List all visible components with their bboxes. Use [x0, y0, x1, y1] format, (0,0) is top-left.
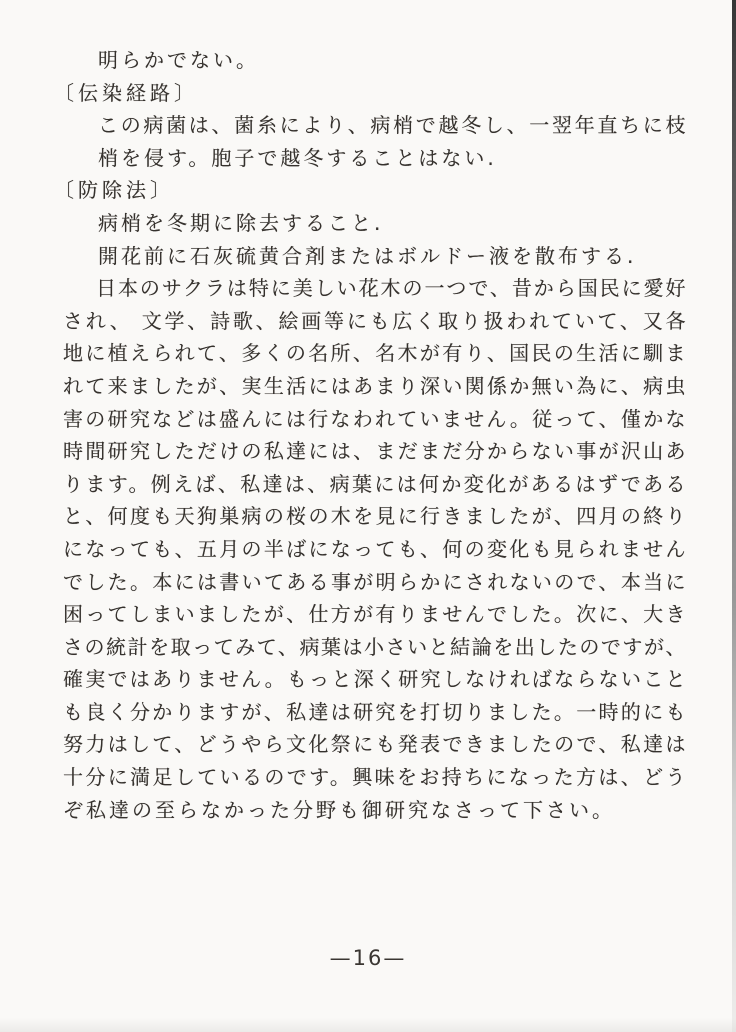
paragraph-line: ります。例えば、私達は、病葉には何か変化があるはずである — [63, 468, 686, 501]
paragraph-line: さの統計を取ってみて、病葉は小さいと結論を出したのですが、 — [63, 631, 686, 664]
text-line: 開花前に石灰硫黄合剤またはボルドー液を散布する. — [98, 240, 736, 273]
paragraph-line: 十分に満足しているのです。興味をお持ちになった方は、どう — [63, 761, 686, 794]
scanned-document-page: 明らかでない。 〔伝染経路〕 この病菌は、菌糸により、病梢で越冬し、一翌年直ちに… — [0, 0, 736, 1032]
paragraph-line: 日本のサクラは特に美しい花木の一つで、昔から国民に愛好 — [63, 272, 686, 305]
paragraph-line: 確実ではありません。もっと深く研究しなければならないこと — [63, 663, 686, 696]
paragraph-line: 地に植えられて、多くの名所、名木が有り、国民の生活に馴ま — [63, 337, 686, 370]
paragraph-line: され、 文学、詩歌、絵画等にも広く取り扱われていて、又各 — [63, 305, 686, 338]
paragraph-line: 害の研究などは盛んには行なわれていません。従って、僅かな — [63, 403, 686, 436]
paragraph-line: でした。本には書いてある事が明らかにされないので、本当に — [63, 566, 686, 599]
text-line: 病梢を冬期に除去すること. — [98, 207, 736, 240]
paragraph-line: になっても、五月の半ばになっても、何の変化も見られません — [63, 533, 686, 566]
page-number: —16— — [0, 946, 736, 970]
text-line: 明らかでない。 — [98, 44, 736, 77]
paragraph-line: 困ってしまいましたが、仕方が有りませんでした。次に、大き — [63, 598, 686, 631]
paragraph-line: も良く分かりますが、私達は研究を打切りました。一時的にも — [63, 696, 686, 729]
section-heading-control-method: 〔防除法〕 — [54, 174, 736, 207]
paragraph-line: 努力はして、どうやら文化祭にも発表できましたので、私達は — [63, 728, 686, 761]
paragraph-line: ぞ私達の至らなかった分野も御研究なさって下さい。 — [63, 794, 686, 827]
text-line: 梢を侵す。胞子で越冬することはない. — [98, 142, 736, 175]
text-line: この病菌は、菌糸により、病梢で越冬し、一翌年直ちに枝 — [98, 109, 686, 142]
paragraph-line: れて来ましたが、実生活にはあまり深い関係か無い為に、病虫 — [63, 370, 686, 403]
section-heading-transmission-route: 〔伝染経路〕 — [54, 77, 736, 110]
document-text: 明らかでない。 〔伝染経路〕 この病菌は、菌糸により、病梢で越冬し、一翌年直ちに… — [0, 44, 736, 826]
paragraph-line: と、何度も天狗巣病の桜の木を見に行きましたが、四月の終り — [63, 500, 686, 533]
paragraph-line: 時間研究しただけの私達には、まだまだ分からない事が沢山あ — [63, 435, 686, 468]
